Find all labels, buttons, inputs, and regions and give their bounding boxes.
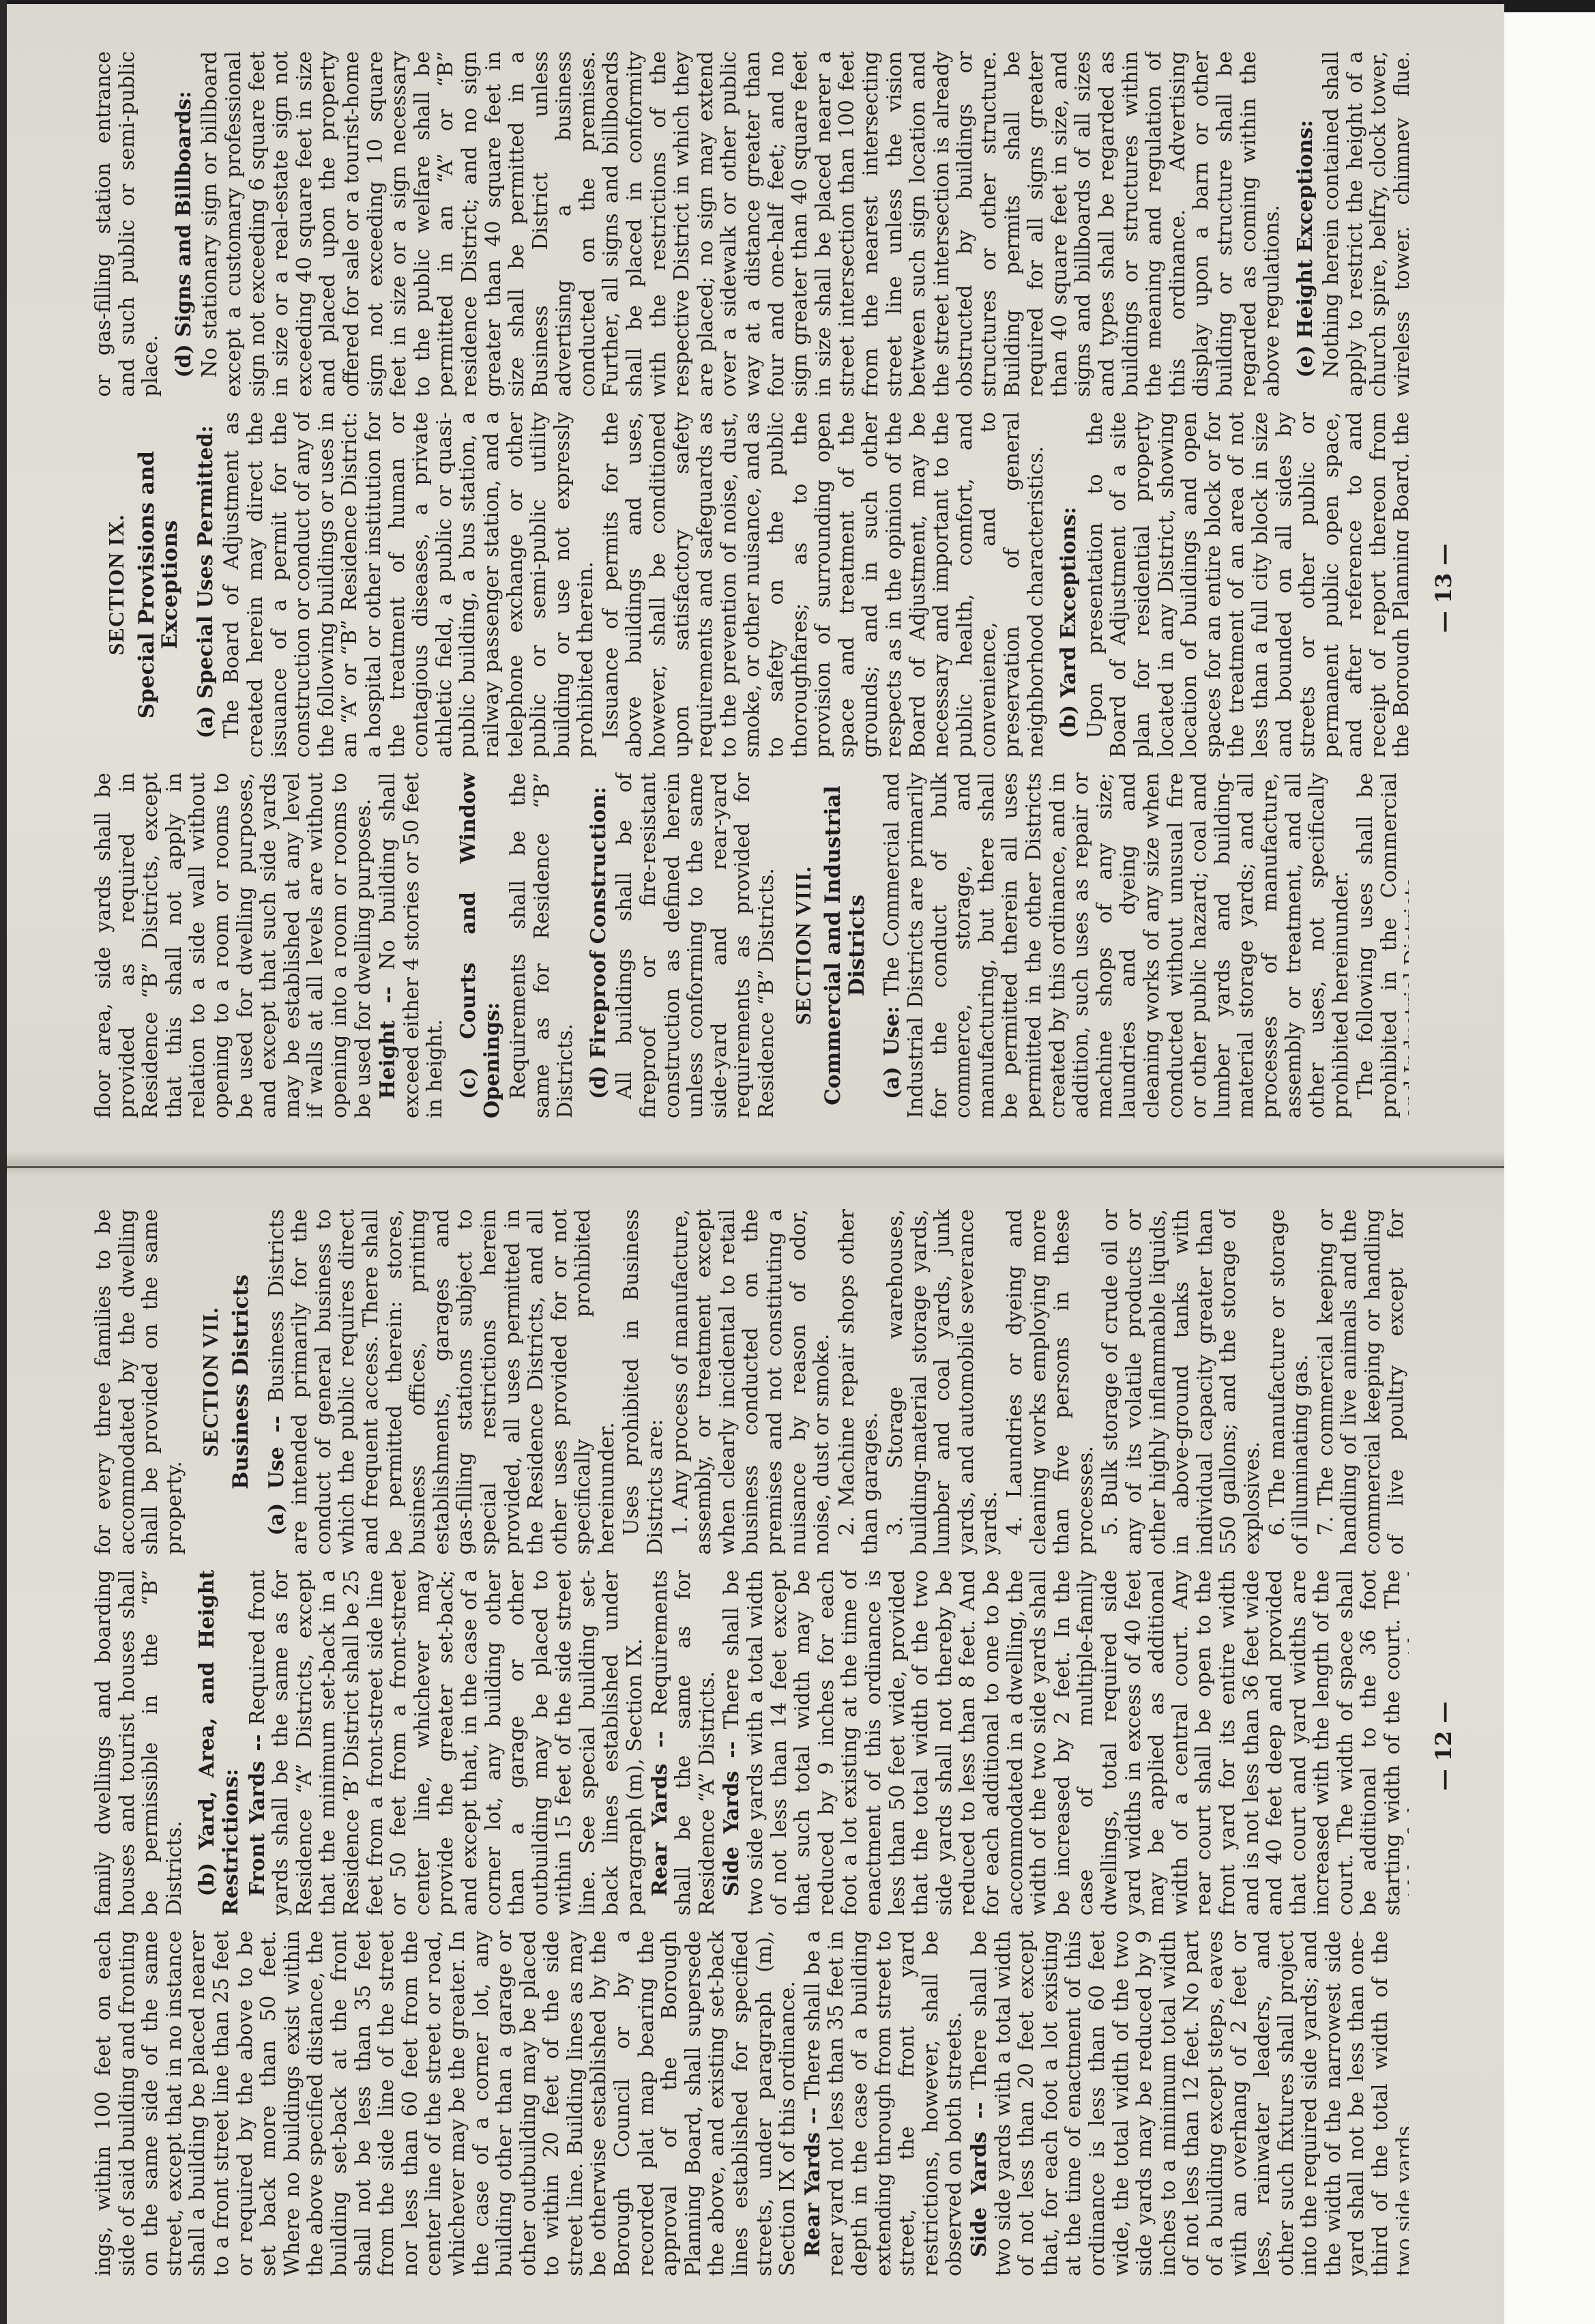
paragraph: Requirements shall be the same as for Re…: [507, 772, 578, 1118]
page-12-columns: ings, within 100 feet on each side of sa…: [92, 1209, 1409, 2276]
paragraph-lead: Rear Yards --: [801, 2107, 825, 2257]
page-13-column-2: SECTION IX.Special Provisions and Except…: [92, 412, 1409, 758]
section-title: SECTION VII.: [199, 1209, 222, 1555]
page-12-column-3: for every three families to be accommoda…: [92, 1209, 1409, 1555]
paragraph-lead: Height --: [376, 987, 400, 1099]
paragraph: Side Yards -- There shall be two side ya…: [720, 1570, 1409, 1916]
paragraph-lead: Front Yards --: [246, 1734, 269, 1897]
page-13-column-1: floor area, side yards shall be provided…: [92, 772, 1409, 1118]
paragraph: Rear Yards -- There shall be a rear yard…: [802, 1930, 967, 2276]
paragraph-lead: Rear Yards --: [648, 1731, 672, 1897]
paragraph: All buildings shall be of fireproof or f…: [613, 772, 778, 1118]
paragraph-lead: (a) Use --: [265, 1416, 289, 1536]
page-12: ings, within 100 feet on each side of sa…: [7, 1168, 1504, 2324]
subsection-heading: (d) Signs and Billboards:: [173, 51, 196, 397]
paragraph: 2. Machine repair shops other than garag…: [836, 1209, 883, 1555]
paragraph: floor area, side yards shall be provided…: [92, 772, 375, 1118]
paragraph: Front Yards -- Required front yards shal…: [246, 1570, 647, 1916]
page-13: floor area, side yards shall be provided…: [7, 10, 1504, 1166]
paragraph: 5. Bulk storage of crude oil or any of i…: [1099, 1209, 1264, 1555]
paragraph: Uses prohibited in Business Districts ar…: [620, 1209, 667, 1555]
paragraph: for every three families to be accommoda…: [92, 1209, 186, 1555]
paragraph: family dwellings and boarding houses and…: [92, 1570, 186, 1916]
paragraph: (a) Use -- Business Districts are intend…: [265, 1209, 619, 1555]
paragraph: 4. Laundries or dyeing and cleaning work…: [1004, 1209, 1098, 1555]
paragraph-lead: Side Yards --: [720, 1741, 744, 1897]
subsection-heading: (b) Yard Exceptions:: [1057, 412, 1081, 758]
paragraph: No stationary sign or billboard except a…: [199, 51, 1284, 397]
paragraph: Side Yards -- There shall be two side ya…: [968, 1930, 1409, 2276]
paragraph-lead: Side Yards --: [967, 2102, 991, 2257]
page-number: — 12 —: [1431, 1168, 1457, 2324]
paragraph-lead: (a) Use:: [880, 1006, 904, 1099]
subsection-heading: (e) Height Exceptions:: [1294, 51, 1318, 397]
section-subtitle: Business Districts: [229, 1209, 253, 1555]
scanner-left-edge: [0, 0, 7, 2324]
subsection-heading: (c) Courts and Window Openings:: [457, 772, 504, 1118]
page-13-column-3: or gas-filling station entrance and such…: [92, 51, 1409, 397]
paragraph: 1. Any process of manufacture, assembly,…: [669, 1209, 834, 1555]
paragraph: Nothing herein contained shall apply to …: [1320, 51, 1409, 397]
paragraph: 7. The commercial keeping or handling of…: [1315, 1209, 1409, 1555]
page-13-columns: floor area, side yards shall be provided…: [92, 51, 1409, 1118]
section-title: SECTION IX.: [104, 412, 128, 758]
paragraph: Rear Yards -- Requirements shall be the …: [649, 1570, 720, 1916]
center-fold: [7, 1166, 1504, 1168]
paragraph: The Board of Adjustment as created herei…: [220, 412, 598, 758]
page-12-column-2: family dwellings and boarding houses and…: [92, 1570, 1409, 1916]
page-12-column-1: ings, within 100 feet on each side of sa…: [92, 1930, 1409, 2276]
paragraph: (a) Use: The Commercial and Industrial D…: [881, 772, 1353, 1118]
paragraph: ings, within 100 feet on each side of sa…: [92, 1930, 800, 2276]
subsection-heading: (b) Yard, Area, and Height Restrictions:: [196, 1570, 243, 1916]
section-subtitle: Special Provisions and Exceptions: [135, 412, 182, 758]
paragraph: Upon presentation to the Board of Adjust…: [1084, 412, 1409, 758]
paragraph: Height -- No building shall exceed eithe…: [377, 772, 448, 1118]
paragraph: 6. The manufacture or storage of illumin…: [1266, 1209, 1313, 1555]
paragraph: Issuance of permits for the above buildi…: [600, 412, 1048, 758]
paragraph: or gas-filling station entrance and such…: [92, 51, 163, 397]
paragraph: 3. Storage warehouses, building-material…: [884, 1209, 1002, 1555]
subsection-heading: (a) Special Uses Permitted:: [194, 412, 218, 758]
booklet-spread: ings, within 100 feet on each side of sa…: [7, 4, 1504, 2324]
page-number: — 13 —: [1431, 10, 1457, 1166]
subsection-heading: (d) Fireproof Construction:: [587, 772, 611, 1118]
paragraph: The following uses shall be prohibited i…: [1354, 772, 1409, 1118]
section-title: SECTION VIII.: [791, 772, 815, 1118]
section-subtitle: Commercial and Industrial Districts: [821, 772, 868, 1118]
